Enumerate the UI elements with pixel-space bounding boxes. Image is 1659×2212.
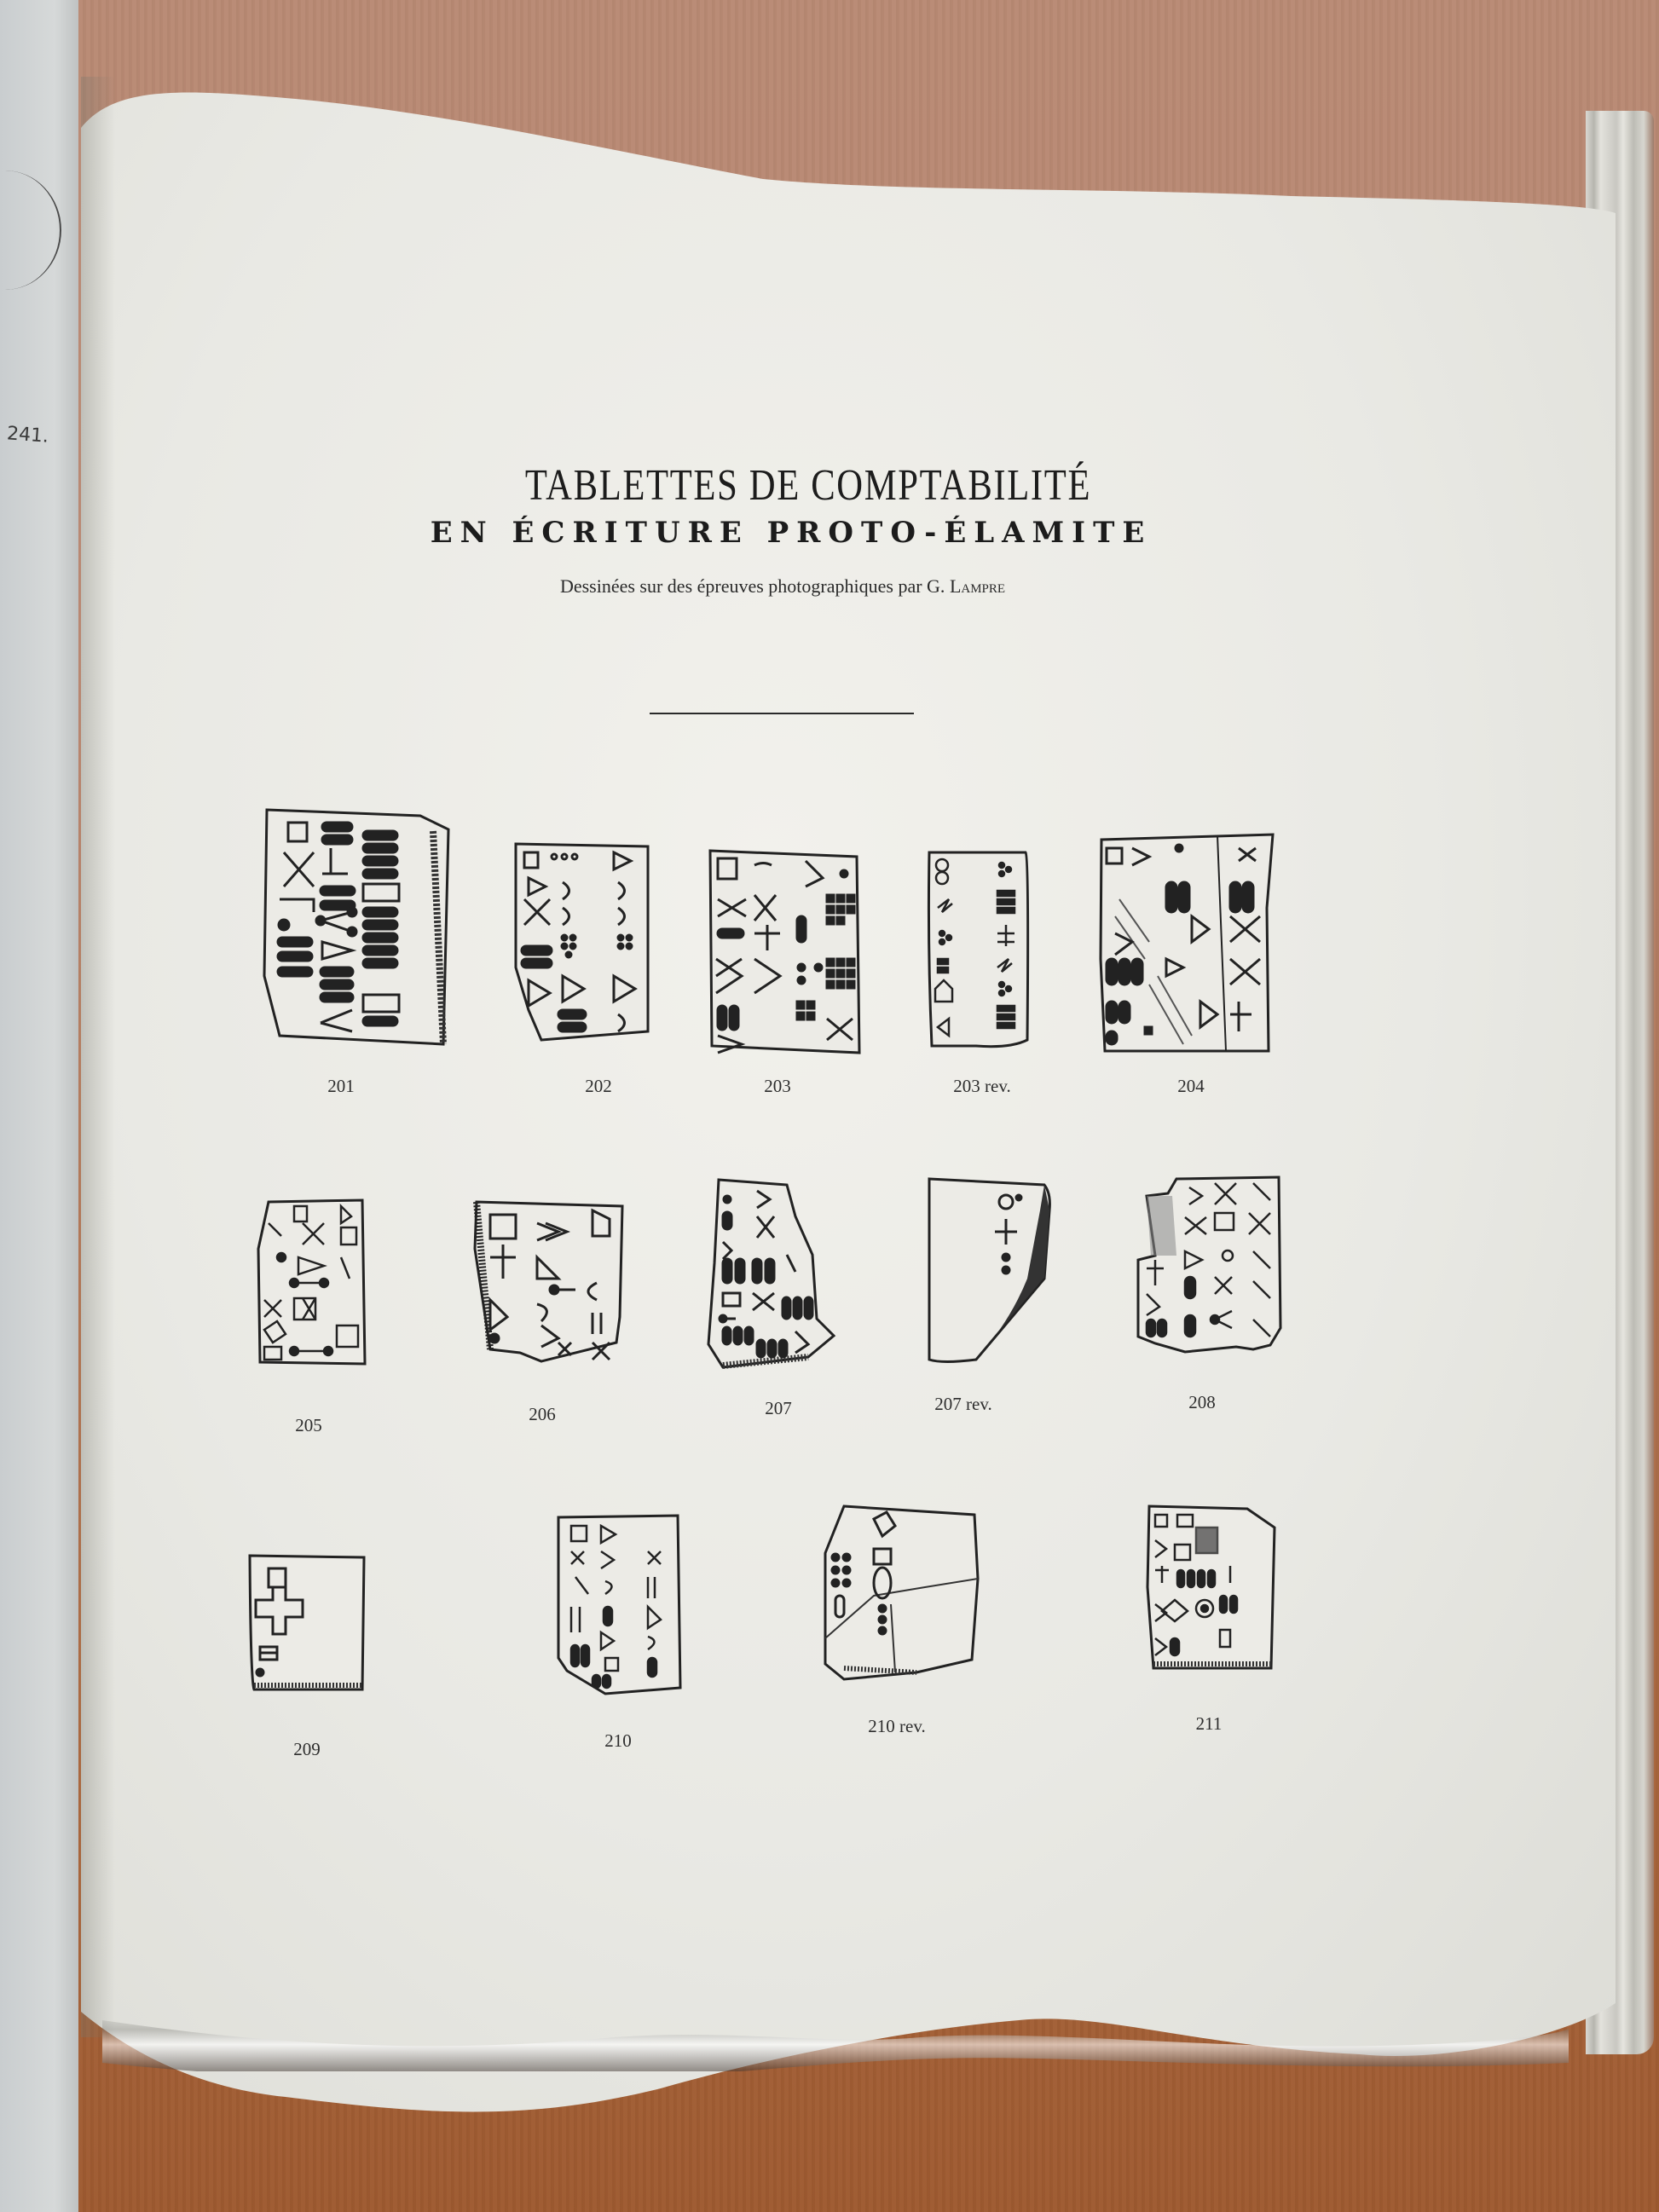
tablet-label: 208 — [1188, 1392, 1216, 1413]
page-gutter-shadow — [81, 77, 115, 2037]
tablet-drawing-210 — [554, 1513, 682, 1696]
credit-author: Lampre — [950, 575, 1005, 597]
tablet-drawing-208 — [1134, 1175, 1283, 1362]
tablet-drawing-205 — [256, 1198, 367, 1368]
tablet-label: 207 — [765, 1398, 792, 1419]
handwritten-page-note: 241. — [6, 423, 49, 447]
tablet-label: 206 — [529, 1404, 556, 1425]
tablet-label: 207 rev. — [934, 1394, 991, 1415]
tablet-drawing-206 — [473, 1198, 627, 1368]
tablet-label: 204 — [1177, 1076, 1205, 1097]
tablet-label: 210 rev. — [868, 1716, 925, 1737]
tablet-drawing-210-rev — [823, 1502, 980, 1685]
credit-text: Dessinées sur des épreuves photographiqu… — [560, 575, 950, 597]
plate-title-block: TABLETTES DE COMPTABILITÉ EN ÉCRITURE PR… — [0, 460, 1659, 598]
plate-credit: Dessinées sur des épreuves photographiqu… — [0, 575, 1659, 598]
tablet-label: 203 — [764, 1076, 791, 1097]
tablet-drawing-203 — [708, 848, 861, 1057]
tablet-label: 209 — [293, 1739, 321, 1760]
tablet-drawing-207 — [706, 1178, 859, 1374]
tablet-label: 211 — [1196, 1713, 1223, 1735]
tablet-drawing-209 — [247, 1553, 367, 1694]
tablet-drawing-202 — [512, 840, 652, 1044]
tablet-label: 205 — [295, 1415, 322, 1436]
tablet-label: 201 — [327, 1076, 355, 1097]
tablet-label: 203 rev. — [953, 1076, 1010, 1097]
tablet-label: 210 — [604, 1730, 632, 1752]
tablet-label: 202 — [585, 1076, 612, 1097]
tablet-drawing-207-rev — [925, 1176, 1053, 1368]
tablet-drawing-201 — [263, 806, 450, 1053]
tablet-drawing-203-rev — [925, 848, 1032, 1053]
book-page — [81, 51, 1616, 2114]
plate-subtitle-heading: EN ÉCRITURE PROTO-ÉLAMITE — [0, 516, 1659, 550]
left-page-arc-drawing — [0, 170, 61, 290]
plate-title: TABLETTES DE COMPTABILITÉ — [525, 460, 1091, 511]
left-facing-page: 241. — [0, 0, 78, 2212]
title-separator-rule — [650, 713, 914, 714]
tablet-drawing-211 — [1145, 1502, 1277, 1672]
tablet-drawing-204 — [1098, 831, 1277, 1057]
